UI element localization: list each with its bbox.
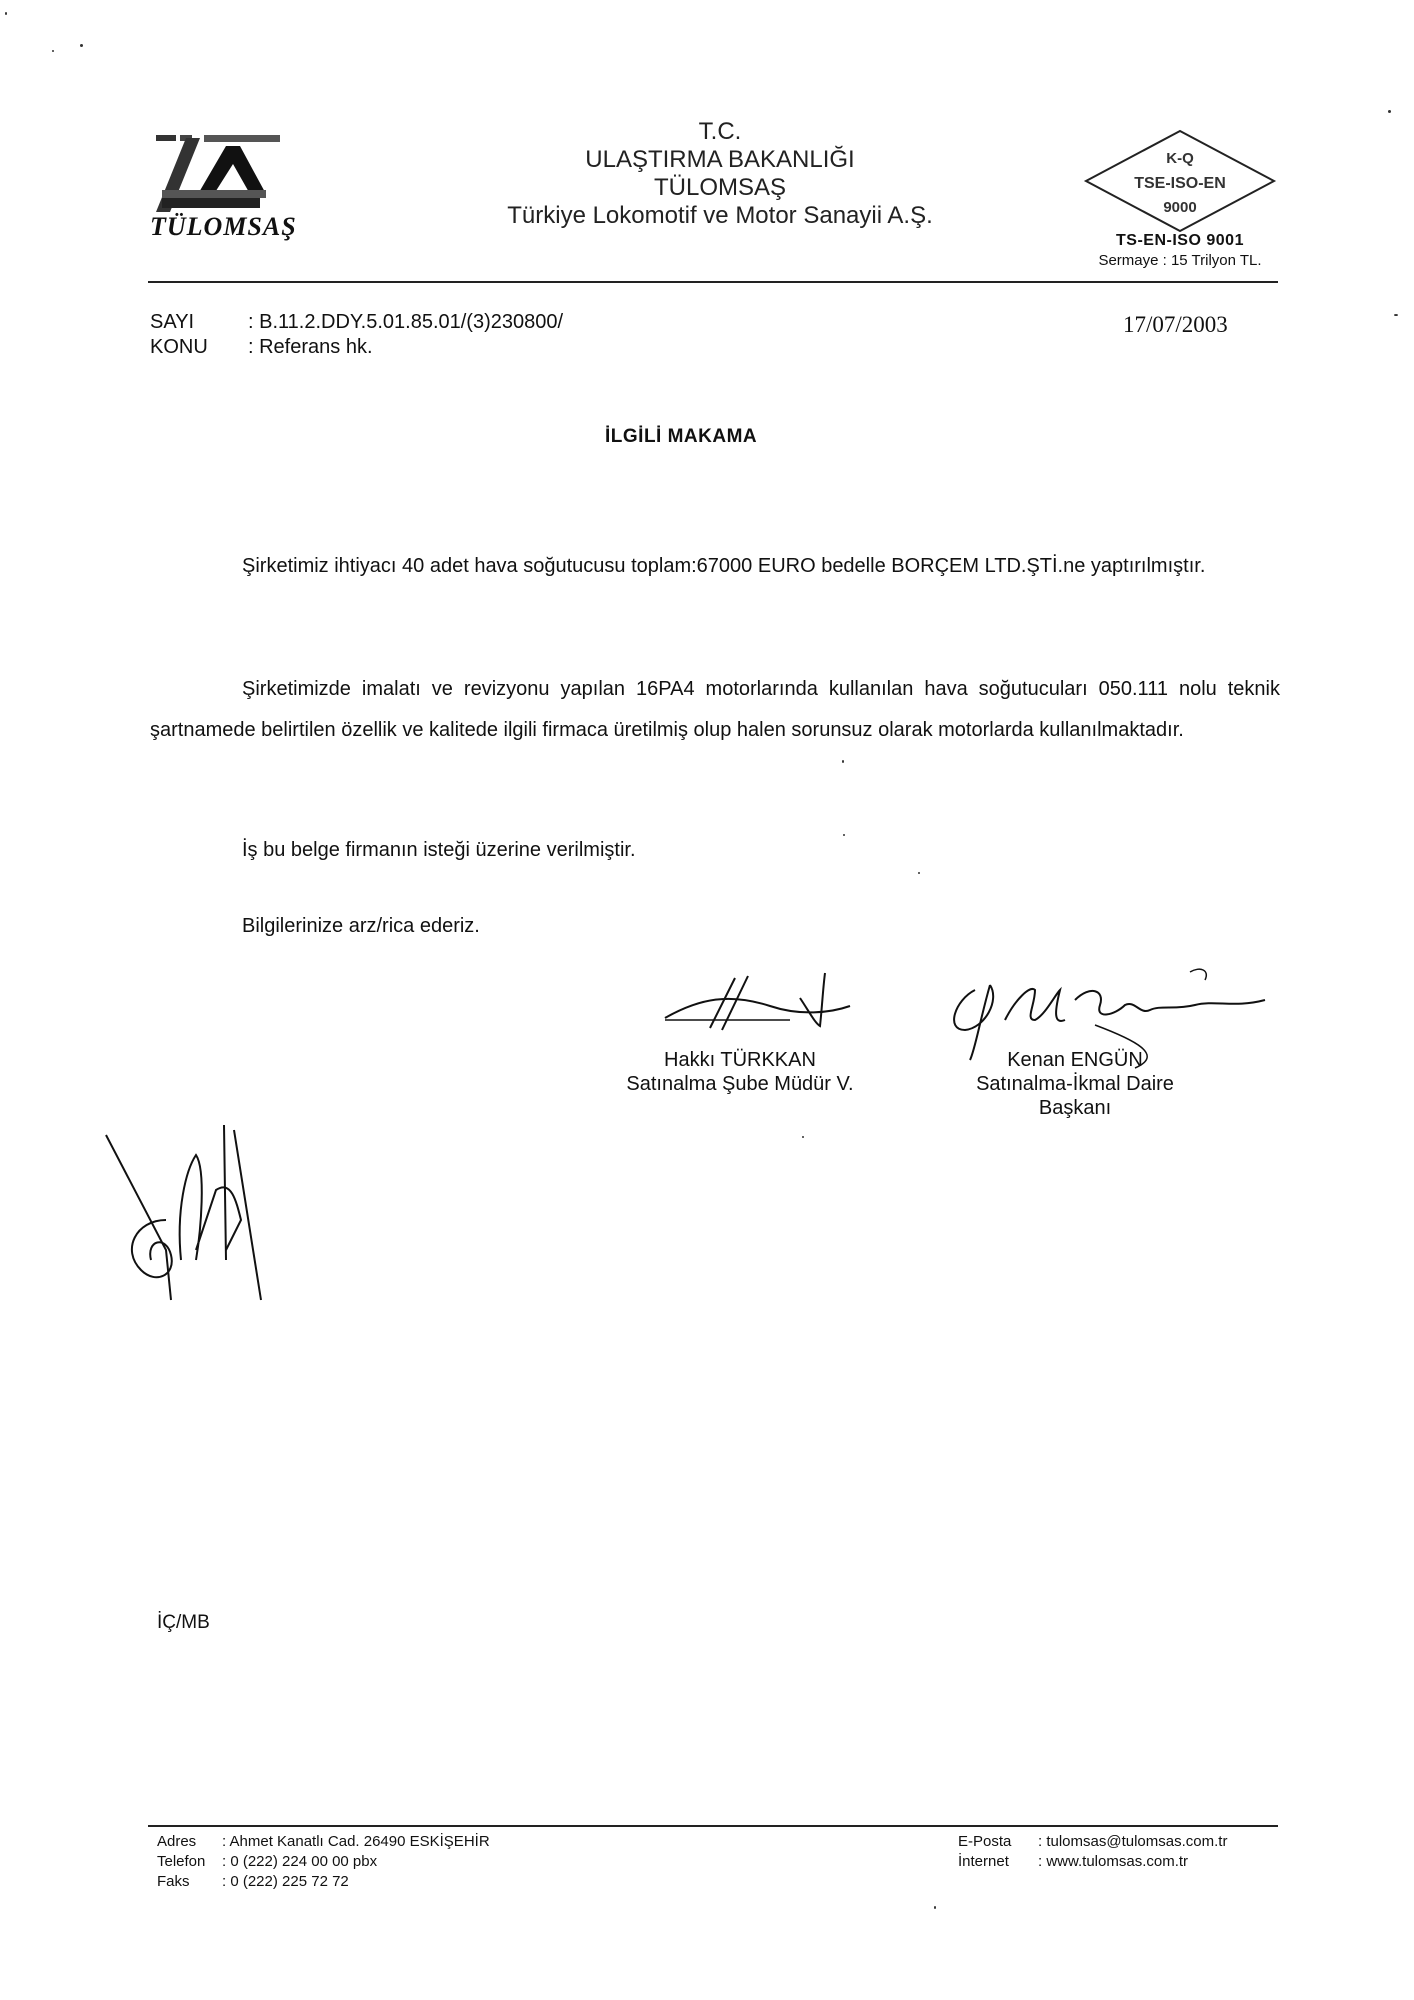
iso-badge-line1: K-Q bbox=[1166, 150, 1194, 167]
footer-address: Adres : Ahmet Kanatlı Cad. 26490 ESKİŞEH… bbox=[157, 1832, 490, 1852]
scan-speck bbox=[1394, 314, 1398, 316]
footer-fax: Faks : 0 (222) 225 72 72 bbox=[157, 1872, 490, 1892]
org-line-company: TÜLOMSAŞ bbox=[460, 174, 980, 202]
signatory-title: Satınalma Şube Müdür V. bbox=[600, 1072, 880, 1096]
scan-speck bbox=[802, 1136, 804, 1138]
org-line-company-full: Türkiye Lokomotif ve Motor Sanayii A.Ş. bbox=[460, 202, 980, 230]
capital-statement: Sermaye : 15 Trilyon TL. bbox=[1070, 252, 1290, 269]
initial-signature bbox=[96, 1110, 266, 1310]
signatory-2: Kenan ENGÜN Satınalma-İkmal Daire Başkan… bbox=[945, 1048, 1205, 1120]
iso-standard: TS-EN-ISO 9001 bbox=[1070, 232, 1290, 250]
footer-website-value: : www.tulomsas.com.tr bbox=[1038, 1852, 1188, 1872]
signature-hakki-turkkan bbox=[660, 968, 860, 1038]
document-date: 17/07/2003 bbox=[1123, 312, 1228, 338]
paragraph-text: Şirketimizde imalatı ve revizyonu yapıla… bbox=[150, 678, 1280, 741]
signatory-name: Hakkı TÜRKKAN bbox=[600, 1048, 880, 1072]
signatory-1: Hakkı TÜRKKAN Satınalma Şube Müdür V. bbox=[600, 1048, 880, 1096]
footer-label: Adres bbox=[157, 1832, 222, 1852]
footer-value: : 0 (222) 225 72 72 bbox=[222, 1872, 349, 1892]
footer-email: E-Posta : tulomsas@tulomsas.com.tr bbox=[958, 1832, 1227, 1852]
scan-speck bbox=[5, 12, 7, 15]
footer-email-value: : tulomsas@tulomsas.com.tr bbox=[1038, 1832, 1227, 1852]
footer-value: : Ahmet Kanatlı Cad. 26490 ESKİŞEHİR bbox=[222, 1832, 490, 1852]
iso-certification-badge: K-Q TSE-ISO-EN 9000 bbox=[1082, 128, 1278, 234]
footer-website: İnternet : www.tulomsas.com.tr bbox=[958, 1852, 1227, 1872]
footer-label: Faks bbox=[157, 1872, 222, 1892]
scan-speck bbox=[80, 44, 83, 47]
paragraph-text: Şirketimiz ihtiyacı 40 adet hava soğutuc… bbox=[242, 555, 1205, 577]
footer-divider bbox=[148, 1825, 1278, 1827]
footer-contact-left: Adres : Ahmet Kanatlı Cad. 26490 ESKİŞEH… bbox=[157, 1832, 490, 1892]
iso-info: TS-EN-ISO 9001 Sermaye : 15 Trilyon TL. bbox=[1070, 232, 1290, 269]
reference-block: SAYI : B.11.2.DDY.5.01.85.01/(3)230800/ … bbox=[150, 310, 563, 360]
org-line-tc: T.C. bbox=[460, 118, 980, 146]
footer-value: : 0 (222) 224 00 00 pbx bbox=[222, 1852, 377, 1872]
scan-speck bbox=[842, 760, 844, 763]
scan-speck bbox=[918, 872, 920, 874]
signatory-title: Satınalma-İkmal Daire Başkanı bbox=[945, 1072, 1205, 1120]
scan-speck bbox=[52, 50, 54, 52]
iso-badge-line3: 9000 bbox=[1163, 199, 1196, 216]
signatory-name: Kenan ENGÜN bbox=[945, 1048, 1205, 1072]
salutation: İLGİLİ MAKAMA bbox=[605, 426, 757, 448]
konu-value: : Referans hk. bbox=[248, 335, 373, 360]
subject-row: KONU : Referans hk. bbox=[150, 335, 563, 360]
scan-speck bbox=[1388, 110, 1391, 113]
konu-label: KONU bbox=[150, 335, 248, 360]
sayi-value: : B.11.2.DDY.5.01.85.01/(3)230800/ bbox=[248, 310, 563, 335]
iso-badge-line2: TSE-ISO-EN bbox=[1134, 175, 1226, 192]
organization-header: T.C. ULAŞTIRMA BAKANLIĞI TÜLOMSAŞ Türkiy… bbox=[460, 118, 980, 230]
org-line-ministry: ULAŞTIRMA BAKANLIĞI bbox=[460, 146, 980, 174]
scan-speck bbox=[934, 1906, 936, 1909]
footer-label: E-Posta bbox=[958, 1832, 1038, 1852]
header-divider bbox=[148, 281, 1278, 283]
body-paragraph-1: Şirketimiz ihtiyacı 40 adet hava soğutuc… bbox=[150, 546, 1280, 586]
footer-phone: Telefon : 0 (222) 224 00 00 pbx bbox=[157, 1852, 490, 1872]
body-paragraph-2: Şirketimizde imalatı ve revizyonu yapıla… bbox=[150, 669, 1280, 751]
body-paragraph-3: İş bu belge firmanın isteği üzerine veri… bbox=[242, 830, 1242, 870]
typist-initials: İÇ/MB bbox=[157, 1612, 210, 1634]
footer-label: Telefon bbox=[157, 1852, 222, 1872]
footer-contact-right: E-Posta : tulomsas@tulomsas.com.tr İnter… bbox=[958, 1832, 1227, 1872]
logo-wordmark: TÜLOMSAŞ bbox=[150, 212, 297, 242]
footer-label: İnternet bbox=[958, 1852, 1038, 1872]
sayi-label: SAYI bbox=[150, 310, 248, 335]
reference-number-row: SAYI : B.11.2.DDY.5.01.85.01/(3)230800/ bbox=[150, 310, 563, 335]
closing-line: Bilgilerinize arz/rica ederiz. bbox=[242, 906, 1242, 946]
